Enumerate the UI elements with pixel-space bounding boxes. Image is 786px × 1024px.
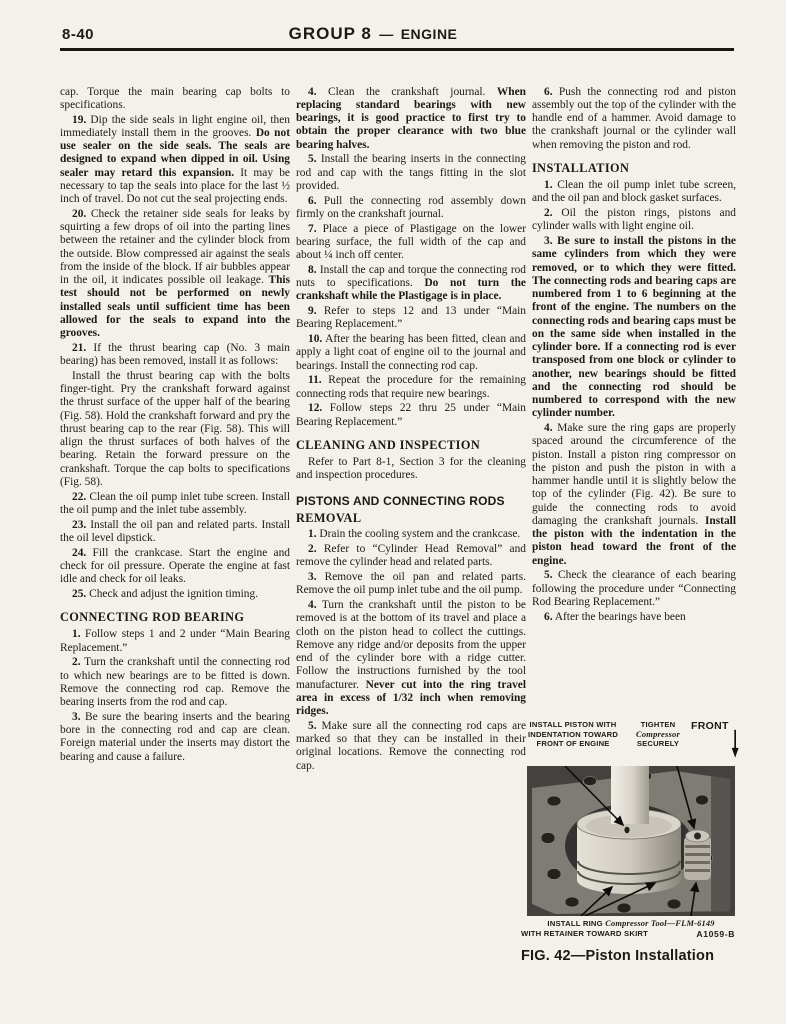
paragraph: 7. Place a piece of Plastigage on the lo… <box>296 223 526 263</box>
bold-text: 8. <box>308 264 317 276</box>
bold-text: 24. <box>72 547 86 559</box>
body-text: Check the clearance of each bearing foll… <box>532 569 736 608</box>
callout-install-piston: INSTALL PISTON WITH INDENTATION TOWARD F… <box>521 718 625 749</box>
body-text: Clean the oil pump inlet tube screen, an… <box>532 179 736 204</box>
paragraph: 8. Install the cap and torque the connec… <box>296 264 526 304</box>
bold-text: 1. <box>72 628 81 640</box>
bold-text: 1. <box>308 528 317 540</box>
bold-text: 3. <box>308 571 317 583</box>
paragraph: 3. Be sure to install the pistons in the… <box>532 235 736 421</box>
bold-text: 5. <box>544 569 553 581</box>
bold-text: 3. <box>72 711 81 723</box>
paragraph: 21. If the thrust bearing cap (No. 3 mai… <box>60 342 290 369</box>
paragraph: 10. After the bearing has been fitted, c… <box>296 333 526 373</box>
bold-text: 2. <box>308 543 317 555</box>
bold-text: 21. <box>72 342 86 354</box>
bold-text: 7. <box>308 223 317 235</box>
callout-line: SECURELY <box>625 739 691 749</box>
body-text: Drain the cooling system and the crankca… <box>317 528 521 540</box>
section-title: ENGINE <box>401 26 458 42</box>
paragraph: 12. Follow steps 22 thru 25 under “Main … <box>296 402 526 429</box>
paragraph: 6. Push the connecting rod and piston as… <box>532 86 736 152</box>
bold-text: 1. <box>544 179 553 191</box>
bold-text: 2. <box>544 207 553 219</box>
body-text: Turn the crankshaft until the piston to … <box>296 599 526 691</box>
paragraph: 23. Install the oil pan and related part… <box>60 519 290 546</box>
paragraph: 6. After the bearings have been <box>532 611 736 624</box>
paragraph: 5. Check the clearance of each bearing f… <box>532 569 736 609</box>
compressor-tightening-tool <box>684 830 711 880</box>
body-text: Remove the oil pan and related parts. Re… <box>296 571 526 596</box>
paragraph: cap. Torque the main bearing cap bolts t… <box>60 86 290 113</box>
bold-text: 4. <box>308 86 317 98</box>
front-direction-label: FRONT <box>691 718 739 764</box>
body-text: Fill the crankcase. Start the engine and… <box>60 547 290 586</box>
paragraph: 25. Check and adjust the ignition timing… <box>60 588 290 601</box>
front-label: FRONT <box>691 722 729 732</box>
paragraph: 5. Install the bearing inserts in the co… <box>296 153 526 193</box>
paragraph: 5. Make sure all the connecting rod caps… <box>296 720 526 773</box>
paragraph: 20. Check the retainer side seals for le… <box>60 208 290 341</box>
paragraph: 22. Clean the oil pump inlet tube screen… <box>60 491 290 518</box>
body-text: Place a piece of Plastigage on the lower… <box>296 223 526 262</box>
column-3: 6. Push the connecting rod and piston as… <box>532 84 736 774</box>
bold-text: 10. <box>308 333 322 345</box>
figure-caption: FIG. 42—Piston Installation <box>521 948 741 964</box>
body-text: If the thrust bearing cap (No. 3 main be… <box>60 342 290 367</box>
paragraph: Install the thrust bearing cap with the … <box>60 370 290 489</box>
column-1: cap. Torque the main bearing cap bolts t… <box>60 84 290 774</box>
bold-text: 5. <box>308 153 317 165</box>
label-text: WITH RETAINER TOWARD SKIRT <box>521 929 648 939</box>
body-text: Check the retainer side seals for leaks … <box>60 208 290 286</box>
paragraph: 6. Pull the connecting rod assembly down… <box>296 195 526 222</box>
paragraph: 9. Refer to steps 12 and 13 under “Main … <box>296 305 526 332</box>
bold-text: 4. <box>544 422 553 434</box>
section-heading: INSTALLATION <box>532 162 736 175</box>
callout-line: Compressor <box>625 730 691 740</box>
section-heading: PISTONS AND CONNECTING RODS <box>296 494 526 509</box>
body-text: Repeat the procedure for the remaining c… <box>296 374 526 399</box>
paragraph: 4. Clean the crankshaft journal. When re… <box>296 86 526 152</box>
body-text: Make sure the ring gaps are properly spa… <box>532 422 736 527</box>
section-heading: REMOVAL <box>296 512 526 525</box>
body-text: Follow steps 22 thru 25 under “Main Bear… <box>296 402 526 427</box>
paragraph: Refer to Part 8-1, Section 3 for the cle… <box>296 456 526 483</box>
body-text: After the bearings have been <box>553 611 686 623</box>
paragraph: 11. Repeat the procedure for the remaini… <box>296 374 526 401</box>
section-heading: CLEANING AND INSPECTION <box>296 439 526 452</box>
paragraph: 24. Fill the crankcase. Start the engine… <box>60 547 290 587</box>
bold-text: 3. Be sure to install the pistons in the… <box>532 235 736 419</box>
bold-text: 22. <box>72 491 86 503</box>
tool-number: Compressor Tool—FLM-6149 <box>605 919 714 928</box>
body-text: Oil the piston rings, pistons and cylind… <box>532 207 736 232</box>
piston-installation-photo <box>527 766 735 916</box>
body-text: Install the oil pan and related parts. I… <box>60 519 290 544</box>
figure-bottom-labels: INSTALL RING Compressor Tool—FLM-6149 WI… <box>521 919 741 939</box>
callout-line: INSTALL PISTON WITH <box>521 720 625 730</box>
body-text: Follow steps 1 and 2 under “Main Bearing… <box>60 628 290 653</box>
body-text: Make sure all the connecting rod caps ar… <box>296 720 526 772</box>
bold-text: 2. <box>72 656 81 668</box>
body-text: Push the connecting rod and piston assem… <box>532 86 736 151</box>
section-heading: CONNECTING ROD BEARING <box>60 611 290 624</box>
title-dash: — <box>376 26 396 42</box>
bold-text: 6. <box>308 195 317 207</box>
figure-code: A1059-B <box>696 929 735 939</box>
body-text: Install the thrust bearing cap with the … <box>60 370 290 488</box>
content-columns: cap. Torque the main bearing cap bolts t… <box>60 84 736 774</box>
body-text: cap. Torque the main bearing cap bolts t… <box>60 86 290 111</box>
paragraph: 19. Dip the side seals in light engine o… <box>60 114 290 207</box>
body-text: Be sure the bearing inserts and the bear… <box>60 711 290 763</box>
body-text: After the bearing has been fitted, clean… <box>296 333 526 372</box>
bold-text: 6. <box>544 611 553 623</box>
body-text: Refer to steps 12 and 13 under “Main Bea… <box>296 305 526 330</box>
bold-text: 4. <box>308 599 317 611</box>
bold-text: 19. <box>72 114 86 126</box>
figure-photo <box>527 766 741 916</box>
paragraph: 4. Make sure the ring gaps are properly … <box>532 422 736 568</box>
piston-indentation <box>624 827 629 833</box>
bold-text: 25. <box>72 588 86 600</box>
body-text: Pull the connecting rod assembly down fi… <box>296 195 526 220</box>
figure-callouts: INSTALL PISTON WITH INDENTATION TOWARD F… <box>521 718 741 764</box>
group-title: GROUP 8 <box>289 24 372 43</box>
paragraph: 1. Drain the cooling system and the cran… <box>296 528 526 541</box>
paragraph: 3. Be sure the bearing inserts and the b… <box>60 711 290 764</box>
paragraph: 1. Clean the oil pump inlet tube screen,… <box>532 179 736 206</box>
bold-text: 5. <box>308 720 317 732</box>
body-text: Refer to Part 8-1, Section 3 for the cle… <box>296 456 526 481</box>
body-text: Clean the crankshaft journal. <box>317 86 497 98</box>
down-arrow-icon <box>731 722 739 764</box>
tool-label: INSTALL RING Compressor Tool—FLM-6149 <box>521 919 741 929</box>
bold-text: 6. <box>544 86 553 98</box>
callout-line: FRONT OF ENGINE <box>521 739 625 749</box>
retainer-label-row: WITH RETAINER TOWARD SKIRT A1059-B <box>521 929 741 939</box>
paragraph: 2. Turn the crankshaft until the connect… <box>60 656 290 709</box>
body-text: Check and adjust the ignition timing. <box>86 588 258 600</box>
body-text: Refer to “Cylinder Head Removal” and rem… <box>296 543 526 568</box>
bold-text: 12. <box>308 402 322 414</box>
bold-text: 11. <box>308 374 322 386</box>
body-text: Install the bearing inserts in the conne… <box>296 153 526 192</box>
body-text: Turn the crankshaft until the connecting… <box>60 656 290 708</box>
callout-line: INDENTATION TOWARD <box>521 730 625 740</box>
paragraph: 1. Follow steps 1 and 2 under “Main Bear… <box>60 628 290 655</box>
paragraph: 2. Oil the piston rings, pistons and cyl… <box>532 207 736 234</box>
manual-page: 8-40 GROUP 8 — ENGINE cap. Torque the ma… <box>0 0 786 1024</box>
paragraph: 2. Refer to “Cylinder Head Removal” and … <box>296 543 526 570</box>
hammer-handle <box>611 766 649 824</box>
header-rule <box>60 48 734 51</box>
bold-text: 23. <box>72 519 86 531</box>
label-text: INSTALL RING <box>547 919 605 928</box>
callout-tighten-compressor: TIGHTEN Compressor SECURELY <box>625 718 691 749</box>
paragraph: 4. Turn the crankshaft until the piston … <box>296 599 526 718</box>
paragraph: 3. Remove the oil pan and related parts.… <box>296 571 526 598</box>
body-text: Clean the oil pump inlet tube screen. In… <box>60 491 290 516</box>
page-title: GROUP 8 — ENGINE <box>0 24 746 44</box>
figure-42: INSTALL PISTON WITH INDENTATION TOWARD F… <box>521 718 741 964</box>
bold-text: 9. <box>308 305 317 317</box>
column-2: 4. Clean the crankshaft journal. When re… <box>296 84 526 774</box>
bold-text: 20. <box>72 208 86 220</box>
